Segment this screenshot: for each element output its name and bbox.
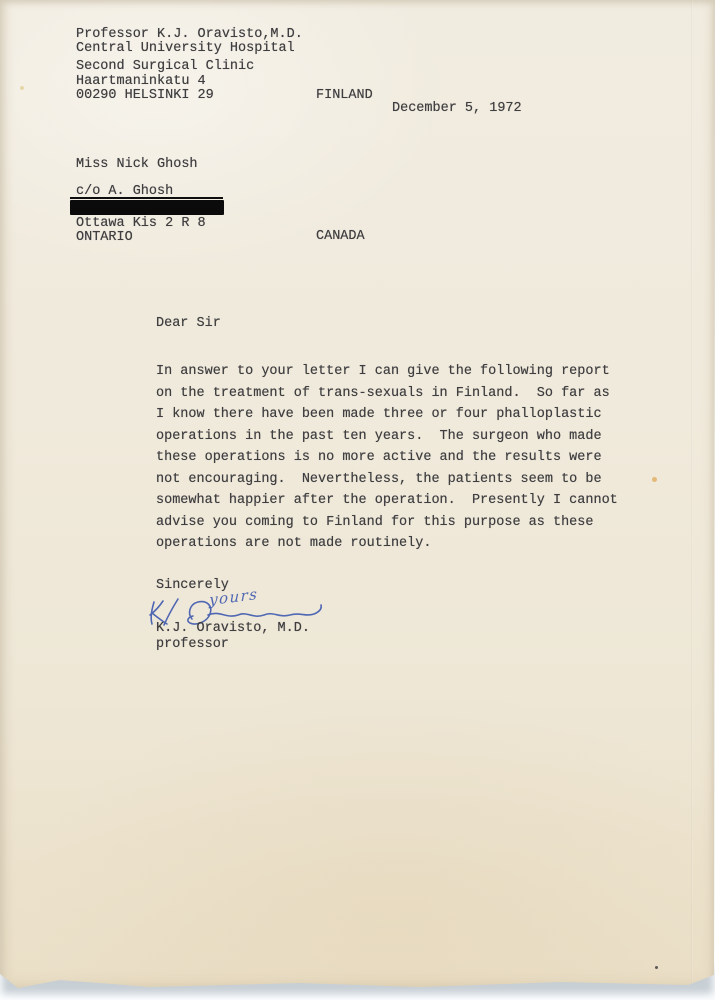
paper-speck	[655, 966, 658, 969]
sender-line-1: Professor K.J. Oravisto,M.D.	[76, 27, 303, 42]
sender-line-4: Haartmaninkatu 4	[76, 74, 206, 89]
sender-country: FINLAND	[316, 88, 373, 103]
signature-title: professor	[156, 637, 229, 652]
redaction-bar	[70, 200, 224, 215]
recipient-name: Miss Nick Ghosh	[76, 157, 198, 172]
letter-date: December 5, 1972	[392, 101, 522, 116]
paper-speck	[20, 86, 24, 90]
recipient-country: CANADA	[316, 229, 365, 244]
body-line: operations are not made routinely.	[156, 536, 431, 551]
sender-line-3: Second Surgical Clinic	[76, 59, 254, 74]
sender-line-2: Central University Hospital	[76, 41, 295, 56]
body-line: I know there have been made three or fou…	[156, 407, 602, 422]
scan-background: Professor K.J. Oravisto,M.D. Central Uni…	[0, 0, 715, 1000]
body-line: operations in the past ten years. The su…	[156, 429, 602, 444]
body-line: advise you coming to Finland for this pu…	[156, 515, 593, 530]
body-line: In answer to your letter I can give the …	[156, 364, 610, 379]
redaction-underline	[70, 197, 223, 199]
recipient-city-line: Ottawa Kis 2 R 8	[76, 216, 206, 231]
sender-line-5: 00290 HELSINKI 29	[76, 88, 214, 103]
signature-name: K.J. Oravisto, M.D.	[156, 621, 310, 636]
body-line: not encouraging. Nevertheless, the patie…	[156, 472, 602, 487]
body-line: on the treatment of trans-sexuals in Fin…	[156, 386, 610, 401]
body-line: somewhat happier after the operation. Pr…	[156, 493, 618, 508]
salutation: Dear Sir	[156, 316, 221, 331]
body-line: these operations is no more active and t…	[156, 450, 602, 465]
paper-speck	[652, 477, 657, 482]
paper-crease	[691, 0, 693, 992]
letter-page: Professor K.J. Oravisto,M.D. Central Uni…	[0, 0, 715, 992]
recipient-region: ONTARIO	[76, 230, 133, 245]
